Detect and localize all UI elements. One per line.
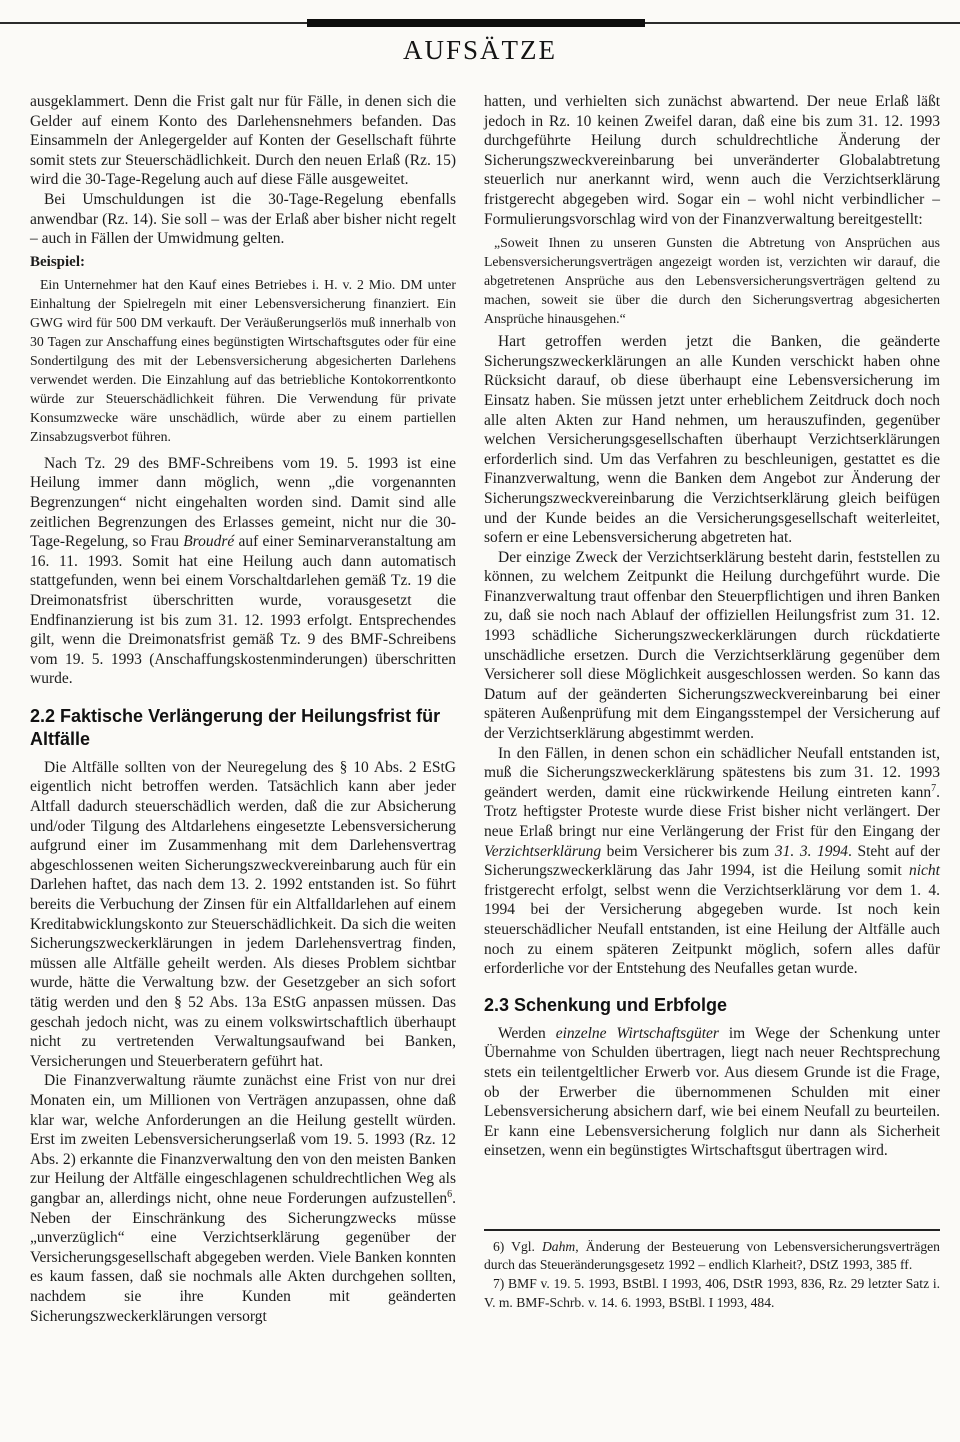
text-run: . Neben der Einschränkung des Sicherungz… <box>30 1190 456 1325</box>
paragraph-continuation: ausgeklammert. Denn die Frist galt nur f… <box>30 92 456 190</box>
paragraph: Die Finanzverwaltung räumte zunächst ein… <box>30 1071 456 1326</box>
paragraph: Werden einzelne Wirtschaftsgüter im Wege… <box>484 1024 940 1161</box>
example-text: Ein Unternehmer hat den Kauf eines Betri… <box>30 275 456 446</box>
right-column: hatten, und verhielten sich zunächst abw… <box>484 92 940 1326</box>
text-run: Werden <box>498 1025 556 1042</box>
paragraph: Nach Tz. 29 des BMF-Schreibens vom 19. 5… <box>30 454 456 689</box>
italic-term: Verzichtserklärung <box>484 843 601 860</box>
paragraph: Die Altfälle sollten von der Neuregelung… <box>30 758 456 1072</box>
text-run: beim Versicherer bis zum <box>601 843 775 860</box>
text-run: im Wege der Schenkung unter Übernahme vo… <box>484 1025 940 1160</box>
journal-article-page: AUFSÄTZE ausgeklammert. Denn die Frist g… <box>0 0 960 1442</box>
text-run: Die Finanzverwaltung räumte zunächst ein… <box>30 1072 456 1207</box>
page-title: AUFSÄTZE <box>0 35 960 66</box>
section-heading-2-2: 2.2 Faktische Verlängerung der Heilungsf… <box>30 705 456 751</box>
header-thick-bar <box>307 19 645 27</box>
text-run: auf einer Seminarveranstaltung am 16. 11… <box>30 533 456 687</box>
italic-name: Broudré <box>183 533 234 550</box>
paragraph: Hart getroffen werden jetzt die Banken, … <box>484 332 940 548</box>
footnote-6: 6) Vgl. Dahm, Änderung der Besteuerung v… <box>484 1238 940 1275</box>
footnote-area: 6) Vgl. Dahm, Änderung der Besteuerung v… <box>484 1229 940 1326</box>
example-label: Beispiel: <box>30 253 456 272</box>
paragraph-continuation: hatten, und verhielten sich zunächst abw… <box>484 92 940 229</box>
italic-emphasis: nicht <box>909 862 940 879</box>
text-run: fristgerecht erfolgt, selbst wenn die Ve… <box>484 882 940 977</box>
italic-date: 31. 3. 1994 <box>775 843 848 860</box>
italic-term: einzelne Wirtschaftsgüter <box>556 1025 719 1042</box>
italic-author: Dahm <box>542 1239 575 1254</box>
footnote-7: 7) BMF v. 19. 5. 1993, BStBl. I 1993, 40… <box>484 1275 940 1312</box>
paragraph: In den Fällen, in denen schon ein schädl… <box>484 744 940 979</box>
text-run: 6) Vgl. <box>493 1239 542 1254</box>
block-quote: „Soweit Ihnen zu unseren Gunsten die Abt… <box>484 233 940 328</box>
text-run: In den Fällen, in denen schon ein schädl… <box>484 745 940 801</box>
section-heading-2-3: 2.3 Schenkung und Erbfolge <box>484 994 940 1017</box>
paragraph: Der einzige Zweck der Verzichtserklärung… <box>484 548 940 744</box>
left-column: ausgeklammert. Denn die Frist galt nur f… <box>30 92 456 1326</box>
paragraph: Bei Umschuldungen ist die 30-Tage-Regelu… <box>30 190 456 249</box>
footnote-separator <box>484 1229 940 1231</box>
page-header: AUFSÄTZE <box>0 0 960 66</box>
two-column-text: ausgeklammert. Denn die Frist galt nur f… <box>0 66 960 1326</box>
header-rule <box>0 18 960 28</box>
